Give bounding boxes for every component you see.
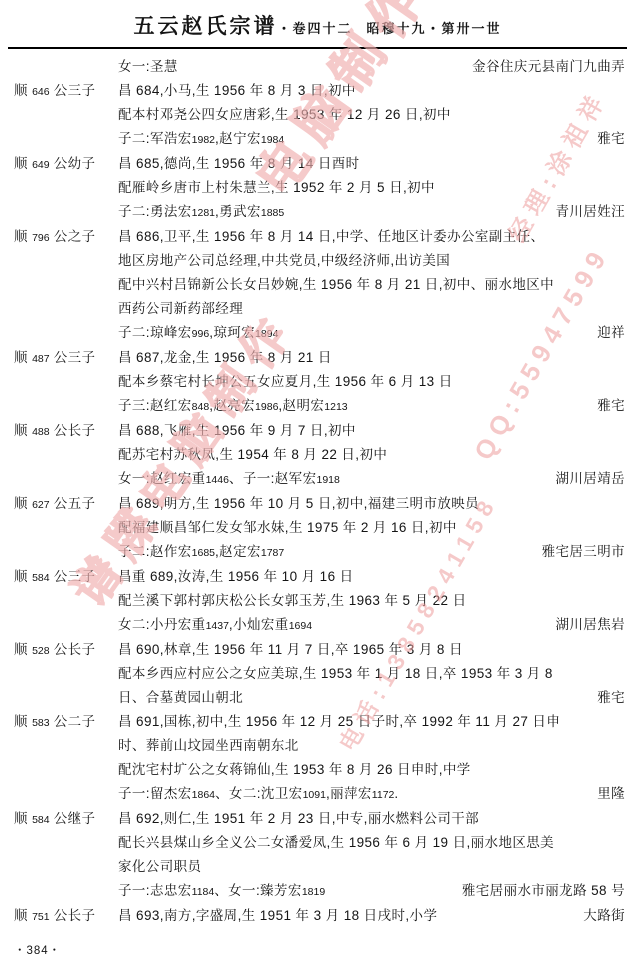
line-text: 昌 692,则仁,生 1951 年 2 月 23 日,中专,丽水燃料公司干部	[118, 807, 479, 831]
descendant-number: 1694	[289, 620, 312, 632]
label-text: 公长子	[50, 423, 96, 438]
residence-note: 湖川居靖岳	[550, 467, 626, 492]
line-text: 昌 691,国栋,初中,生 1956 年 12 月 25 日子时,卒 1992 …	[118, 710, 560, 734]
line-text: .	[394, 786, 398, 801]
line-text: 昌 688,飞雁,生 1956 年 9 月 7 日,初中	[118, 419, 356, 443]
line-text: ,赵亮宏	[209, 398, 255, 413]
text-line: 配沈宅村圹公之女蒋锦仙,生 1953 年 8 月 26 日申时,中学	[118, 758, 625, 782]
line-text: 、子一:赵军宏	[229, 471, 317, 486]
line-text: 子一:志忠宏	[118, 883, 192, 898]
text-line: 女一:赵红宏重1446、子一:赵军宏1918湖川居靖岳	[118, 467, 625, 492]
label-text: 公长子	[50, 908, 96, 923]
label-text: 公五子	[50, 496, 96, 511]
text-line: 昌重 689,汝涛,生 1956 年 10 月 16 日	[118, 565, 625, 589]
label-text: 顺	[14, 908, 32, 923]
entry-label: 顺 649 公幼子	[14, 152, 118, 177]
genealogy-content: 女一:圣慧金谷住庆元县南门九曲弄顺 646 公三子昌 684,小马,生 1956…	[0, 49, 635, 929]
text-line: 女二:小丹宏重1437,小灿宏重1694湖川居焦岩	[118, 613, 625, 638]
page-title: 五云赵氏宗谱	[133, 15, 277, 38]
entry: 顺 646 公三子昌 684,小马,生 1956 年 8 月 3 日,初中配本村…	[14, 79, 625, 152]
text-line: 昌 689,明方,生 1956 年 10 月 5 日,初中,福建三明市放映员	[118, 492, 625, 516]
label-text: 顺	[14, 811, 32, 826]
residence-note: 雅宅	[591, 394, 625, 419]
line-text: 子二:勇法宏1281,勇武宏1885	[118, 200, 284, 225]
line-text: 配雁岭乡唐市上村朱慧兰,生 1952 年 2 月 5 日,初中	[118, 176, 435, 200]
line-text: 昌 685,德尚,生 1956 年 8 月 14 日酉时	[118, 152, 360, 176]
descendant-number: 1885	[261, 207, 284, 219]
text-line: 子二:军浩宏1982,赵宁宏1984雅宅	[118, 127, 625, 152]
label-text: 顺	[14, 714, 32, 729]
residence-note: 里隆	[591, 782, 625, 807]
line-text: ,赵明宏	[278, 398, 324, 413]
entry-lines: 昌 689,明方,生 1956 年 10 月 5 日,初中,福建三明市放映员配福…	[118, 492, 625, 565]
text-line: 配苏宅村苏秋凤,生 1954 年 8 月 22 日,初中	[118, 443, 625, 467]
residence-note: 雅宅居三明市	[536, 540, 625, 565]
label-text: 公二子	[50, 714, 96, 729]
descendant-number: 1184	[192, 886, 215, 898]
entry-lines: 昌 685,德尚,生 1956 年 8 月 14 日酉时配雁岭乡唐市上村朱慧兰,…	[118, 152, 625, 225]
label-number: 646	[32, 86, 50, 98]
text-line: 配雁岭乡唐市上村朱慧兰,生 1952 年 2 月 5 日,初中	[118, 176, 625, 200]
entry-label: 顺 487 公三子	[14, 346, 118, 371]
descendant-number: 1787	[261, 547, 284, 559]
entry-label: 顺 584 公三子	[14, 565, 118, 590]
descendant-number: 1281	[192, 207, 215, 219]
text-line: 昌 688,飞雁,生 1956 年 9 月 7 日,初中	[118, 419, 625, 443]
entry: 顺 583 公二子昌 691,国栋,初中,生 1956 年 12 月 25 日子…	[14, 710, 625, 807]
entry-label: 顺 488 公长子	[14, 419, 118, 444]
text-line: 昌 685,德尚,生 1956 年 8 月 14 日酉时	[118, 152, 625, 176]
line-text: 配沈宅村圹公之女蒋锦仙,生 1953 年 8 月 26 日申时,中学	[118, 758, 471, 782]
line-text: 昌重 689,汝涛,生 1956 年 10 月 16 日	[118, 565, 354, 589]
label-number: 649	[32, 159, 50, 171]
entry-lines: 昌 684,小马,生 1956 年 8 月 3 日,初中配本村邓尧公四女应唐彩,…	[118, 79, 625, 152]
line-text: 子二:琼峰宏	[118, 325, 192, 340]
label-text: 顺	[14, 350, 32, 365]
descendant-number: 996	[192, 328, 210, 340]
entry-label: 顺 796 公之子	[14, 225, 118, 250]
text-line: 昌 692,则仁,生 1951 年 2 月 23 日,中专,丽水燃料公司干部	[118, 807, 625, 831]
descendant-number: 1864	[192, 789, 215, 801]
entry: 顺 528 公长子昌 690,林章,生 1956 年 11 月 7 日,卒 19…	[14, 638, 625, 710]
entry-label: 顺 627 公五子	[14, 492, 118, 517]
text-line: 配中兴村吕锦新公长女吕妙婉,生 1956 年 8 月 21 日,初中、丽水地区中	[118, 273, 625, 297]
text-line: 配兰溪下郭村郭庆松公长女郭玉芳,生 1963 年 5 月 22 日	[118, 589, 625, 613]
line-text: 子一:志忠宏1184、女一:臻芳宏1819	[118, 879, 325, 904]
entry-lines: 昌 688,飞雁,生 1956 年 9 月 7 日,初中配苏宅村苏秋凤,生 19…	[118, 419, 625, 492]
label-number: 584	[32, 814, 50, 826]
text-line: 配本乡蔡宅村长坤公五女应夏月,生 1956 年 6 月 13 日	[118, 370, 625, 394]
entry: 顺 796 公之子昌 686,卫平,生 1956 年 8 月 14 日,中学、任…	[14, 225, 625, 346]
entry: 顺 487 公三子昌 687,龙金,生 1956 年 8 月 21 日配本乡蔡宅…	[14, 346, 625, 419]
text-line: 日、合墓黄园山朝北雅宅	[118, 686, 625, 710]
line-text: 女一:圣慧	[118, 55, 178, 79]
text-line: 昌 691,国栋,初中,生 1956 年 12 月 25 日子时,卒 1992 …	[118, 710, 625, 734]
line-text: 女二:小丹宏重1437,小灿宏重1694	[118, 613, 312, 638]
residence-note: 迎祥	[591, 321, 625, 346]
label-number: 751	[32, 911, 50, 923]
entry: 顺 627 公五子昌 689,明方,生 1956 年 10 月 5 日,初中,福…	[14, 492, 625, 565]
line-text: 子二:赵作宏	[118, 544, 192, 559]
label-text: 公继子	[50, 811, 96, 826]
residence-note: 大路街	[577, 904, 625, 928]
text-line: 昌 687,龙金,生 1956 年 8 月 21 日	[118, 346, 625, 370]
entry-lines: 昌 686,卫平,生 1956 年 8 月 14 日,中学、任地区计委办公室副主…	[118, 225, 625, 346]
text-line: 昌 686,卫平,生 1956 年 8 月 14 日,中学、任地区计委办公室副主…	[118, 225, 625, 249]
descendant-number: 1685	[192, 547, 215, 559]
line-text: ,琼珂宏	[209, 325, 255, 340]
text-line: 子三:赵红宏848,赵亮宏1986,赵明宏1213雅宅	[118, 394, 625, 419]
label-text: 顺	[14, 569, 32, 584]
label-text: 顺	[14, 83, 32, 98]
descendant-number: 848	[192, 401, 210, 413]
label-text: 公之子	[50, 229, 96, 244]
label-text: 公三子	[50, 83, 96, 98]
entry: 顺 584 公三子昌重 689,汝涛,生 1956 年 10 月 16 日配兰溪…	[14, 565, 625, 638]
line-text: 西药公司新药部经理	[118, 297, 243, 321]
entry-lines: 昌 693,南方,字盛周,生 1951 年 3 月 18 日戌时,小学大路街	[118, 904, 625, 928]
line-text: 子一:留杰宏1864、女二:沈卫宏1091,丽萍宏1172.	[118, 782, 399, 807]
residence-note: 湖川居焦岩	[550, 613, 626, 638]
line-text: 子二:赵作宏1685,赵定宏1787	[118, 540, 284, 565]
descendant-number: 1819	[302, 886, 325, 898]
label-number: 488	[32, 426, 50, 438]
entry-lines: 昌 691,国栋,初中,生 1956 年 12 月 25 日子时,卒 1992 …	[118, 710, 625, 807]
text-line: 昌 693,南方,字盛周,生 1951 年 3 月 18 日戌时,小学大路街	[118, 904, 625, 928]
descendant-number: 1982	[192, 134, 215, 146]
entry: 顺 649 公幼子昌 685,德尚,生 1956 年 8 月 14 日酉时配雁岭…	[14, 152, 625, 225]
label-number: 796	[32, 232, 50, 244]
text-line: 配福建顺昌邹仁发女邹水妹,生 1975 年 2 月 16 日,初中	[118, 516, 625, 540]
line-text: 配长兴县煤山乡全义公二女潘爱凤,生 1956 年 6 月 19 日,丽水地区思美	[118, 831, 554, 855]
text-line: 配本村邓尧公四女应唐彩,生 1953 年 12 月 26 日,初中	[118, 103, 625, 127]
line-text: ,赵定宏	[215, 544, 261, 559]
volume-label: ・卷四十二	[277, 21, 352, 36]
line-text: ,赵宁宏	[215, 131, 261, 146]
text-line: 昌 690,林章,生 1956 年 11 月 7 日,卒 1965 年 3 月 …	[118, 638, 625, 662]
line-text: 昌 690,林章,生 1956 年 11 月 7 日,卒 1965 年 3 月 …	[118, 638, 463, 662]
label-text: 公三子	[50, 350, 96, 365]
line-text: 、女二:沈卫宏	[215, 786, 303, 801]
text-line: 昌 684,小马,生 1956 年 8 月 3 日,初中	[118, 79, 625, 103]
generation-label: 昭穆十九・第卅一世	[367, 21, 502, 36]
line-text: 配苏宅村苏秋凤,生 1954 年 8 月 22 日,初中	[118, 443, 387, 467]
entry-lines: 昌 692,则仁,生 1951 年 2 月 23 日,中专,丽水燃料公司干部配长…	[118, 807, 625, 904]
entry: 女一:圣慧金谷住庆元县南门九曲弄	[14, 55, 625, 79]
entry: 顺 751 公长子昌 693,南方,字盛周,生 1951 年 3 月 18 日戌…	[14, 904, 625, 929]
text-line: 子一:志忠宏1184、女一:臻芳宏1819雅宅居丽水市丽龙路 58 号	[118, 879, 625, 904]
line-text: 昌 689,明方,生 1956 年 10 月 5 日,初中,福建三明市放映员	[118, 492, 479, 516]
entry-label: 顺 584 公继子	[14, 807, 118, 832]
page-header: 五云赵氏宗谱・卷四十二昭穆十九・第卅一世	[0, 0, 635, 40]
entry-label: 顺 583 公二子	[14, 710, 118, 735]
label-number: 584	[32, 572, 50, 584]
line-text: 配本村邓尧公四女应唐彩,生 1953 年 12 月 26 日,初中	[118, 103, 451, 127]
entry-label: 顺 751 公长子	[14, 904, 118, 929]
entry: 顺 488 公长子昌 688,飞雁,生 1956 年 9 月 7 日,初中配苏宅…	[14, 419, 625, 492]
text-line: 女一:圣慧金谷住庆元县南门九曲弄	[118, 55, 625, 79]
line-text: 昌 687,龙金,生 1956 年 8 月 21 日	[118, 346, 332, 370]
line-text: 子三:赵红宏848,赵亮宏1986,赵明宏1213	[118, 394, 348, 419]
line-text: 日、合墓黄园山朝北	[118, 686, 243, 710]
page-number: ・384・	[14, 942, 61, 958]
residence-note: 金谷住庆元县南门九曲弄	[466, 55, 625, 79]
entry-label: 顺 528 公长子	[14, 638, 118, 663]
line-text: 昌 693,南方,字盛周,生 1951 年 3 月 18 日戌时,小学	[118, 904, 437, 928]
line-text: 配中兴村吕锦新公长女吕妙婉,生 1956 年 8 月 21 日,初中、丽水地区中	[118, 273, 554, 297]
entry-lines: 女一:圣慧金谷住庆元县南门九曲弄	[118, 55, 625, 79]
label-text: 顺	[14, 156, 32, 171]
line-text: 昌 686,卫平,生 1956 年 8 月 14 日,中学、任地区计委办公室副主…	[118, 225, 544, 249]
residence-note: 雅宅居丽水市丽龙路 58 号	[456, 879, 625, 904]
line-text: 女一:赵红宏重1446、子一:赵军宏1918	[118, 467, 340, 492]
descendant-number: 1172	[372, 789, 395, 801]
line-text: 子二:勇法宏	[118, 204, 192, 219]
text-line: 子二:赵作宏1685,赵定宏1787雅宅居三明市	[118, 540, 625, 565]
line-text: 昌 684,小马,生 1956 年 8 月 3 日,初中	[118, 79, 356, 103]
label-number: 487	[32, 353, 50, 365]
label-number: 627	[32, 499, 50, 511]
text-line: 家化公司职员	[118, 855, 625, 879]
text-line: 配本乡西应村应公之女应美琼,生 1953 年 1 月 18 日,卒 1953 年…	[118, 662, 625, 686]
label-text: 顺	[14, 642, 32, 657]
descendant-number: 1984	[261, 134, 284, 146]
line-text: 家化公司职员	[118, 855, 201, 879]
descendant-number: 1986	[255, 401, 278, 413]
line-text: 女二:小丹宏重	[118, 617, 206, 632]
descendant-number: 1091	[303, 789, 326, 801]
residence-note: 青川居姓汪	[550, 200, 626, 225]
line-text: ,丽萍宏	[326, 786, 372, 801]
residence-note: 雅宅	[591, 686, 625, 710]
label-number: 583	[32, 717, 50, 729]
label-text: 顺	[14, 423, 32, 438]
text-line: 配长兴县煤山乡全义公二女潘爱凤,生 1956 年 6 月 19 日,丽水地区思美	[118, 831, 625, 855]
descendant-number: 1213	[324, 401, 347, 413]
line-text: 配福建顺昌邹仁发女邹水妹,生 1975 年 2 月 16 日,初中	[118, 516, 457, 540]
line-text: 子二:军浩宏1982,赵宁宏1984	[118, 127, 284, 152]
line-text: 子一:留杰宏	[118, 786, 192, 801]
line-text: 子二:军浩宏	[118, 131, 192, 146]
descendant-number: 1437	[206, 620, 229, 632]
entry: 顺 584 公继子昌 692,则仁,生 1951 年 2 月 23 日,中专,丽…	[14, 807, 625, 904]
text-line: 时、葬前山坟园坐西南朝东北	[118, 734, 625, 758]
text-line: 子二:琼峰宏996,琼珂宏1894迎祥	[118, 321, 625, 346]
label-number: 528	[32, 645, 50, 657]
entry-lines: 昌 690,林章,生 1956 年 11 月 7 日,卒 1965 年 3 月 …	[118, 638, 625, 710]
label-text: 公三子	[50, 569, 96, 584]
line-text: ,勇武宏	[215, 204, 261, 219]
line-text: 配兰溪下郭村郭庆松公长女郭玉芳,生 1963 年 5 月 22 日	[118, 589, 467, 613]
genealogy-page: 五云赵氏宗谱・卷四十二昭穆十九・第卅一世 女一:圣慧金谷住庆元县南门九曲弄顺 6…	[0, 0, 635, 968]
descendant-number: 1446	[206, 474, 229, 486]
entry-label: 顺 646 公三子	[14, 79, 118, 104]
label-text: 顺	[14, 229, 32, 244]
descendant-number: 1894	[255, 328, 278, 340]
descendant-number: 1918	[316, 474, 339, 486]
text-line: 子二:勇法宏1281,勇武宏1885青川居姓汪	[118, 200, 625, 225]
entry-lines: 昌 687,龙金,生 1956 年 8 月 21 日配本乡蔡宅村长坤公五女应夏月…	[118, 346, 625, 419]
label-text: 公长子	[50, 642, 96, 657]
line-text: 子三:赵红宏	[118, 398, 192, 413]
line-text: 地区房地产公司总经理,中共党员,中级经济师,出访美国	[118, 249, 450, 273]
line-text: 时、葬前山坟园坐西南朝东北	[118, 734, 299, 758]
line-text: 配本乡西应村应公之女应美琼,生 1953 年 1 月 18 日,卒 1953 年…	[118, 662, 553, 686]
line-text: 女一:赵红宏重	[118, 471, 206, 486]
text-line: 地区房地产公司总经理,中共党员,中级经济师,出访美国	[118, 249, 625, 273]
line-text: 、女一:臻芳宏	[214, 883, 302, 898]
entry-lines: 昌重 689,汝涛,生 1956 年 10 月 16 日配兰溪下郭村郭庆松公长女…	[118, 565, 625, 638]
line-text: 配本乡蔡宅村长坤公五女应夏月,生 1956 年 6 月 13 日	[118, 370, 453, 394]
text-line: 西药公司新药部经理	[118, 297, 625, 321]
line-text: ,小灿宏重	[229, 617, 289, 632]
label-text: 公幼子	[50, 156, 96, 171]
text-line: 子一:留杰宏1864、女二:沈卫宏1091,丽萍宏1172.里隆	[118, 782, 625, 807]
residence-note: 雅宅	[591, 127, 625, 152]
label-text: 顺	[14, 496, 32, 511]
line-text: 子二:琼峰宏996,琼珂宏1894	[118, 321, 278, 346]
